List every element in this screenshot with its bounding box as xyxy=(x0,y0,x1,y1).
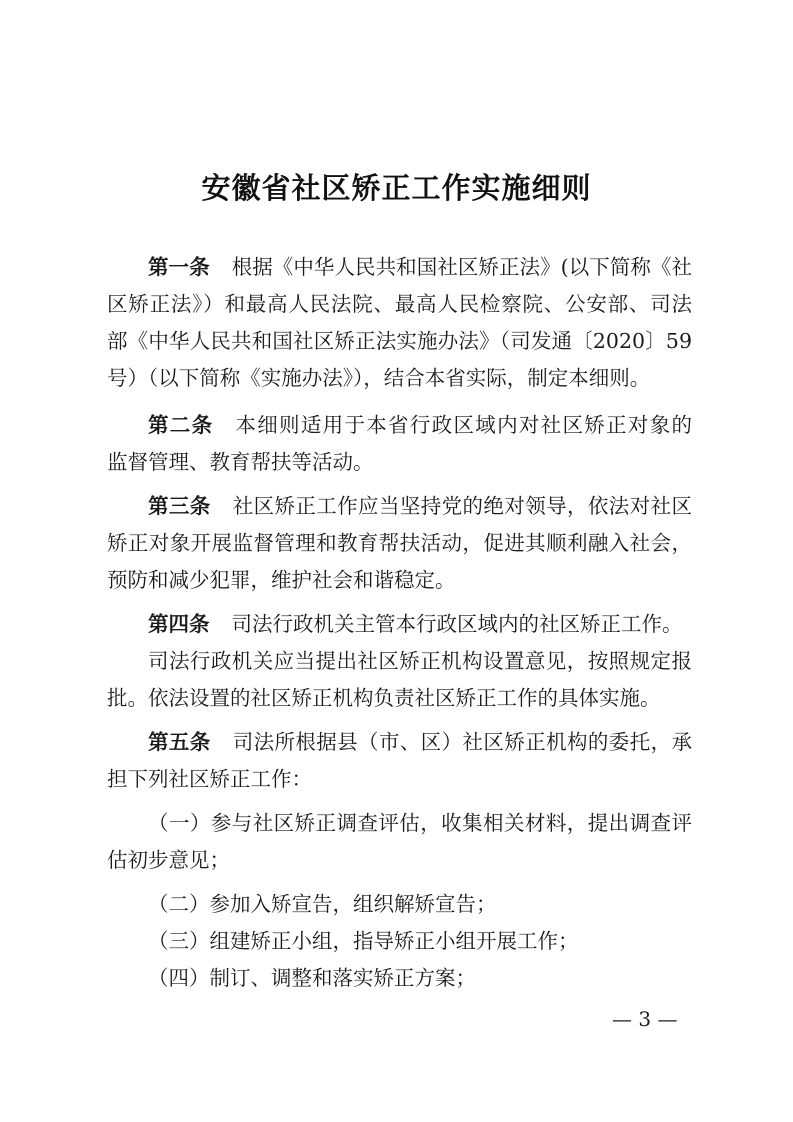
article-2-line-1: 第二条本细则适用于本省行政区域内对社区矫正对象的 xyxy=(148,412,692,438)
article-label: 第一条 xyxy=(148,255,210,279)
article-1-line-3: 部《中华人民共和国社区矫正法实施办法》（司发通〔2020〕59 xyxy=(107,328,692,354)
article-label: 第五条 xyxy=(148,730,211,754)
article-5-item-1-line-2: 估初步意见； xyxy=(107,847,692,873)
article-4-line-1: 第四条司法行政机关主管本行政区域内的社区矫正工作。 xyxy=(148,611,692,637)
article-5-item-2: （二）参加入矫宣告，组织解矫宣告； xyxy=(148,891,692,917)
page-number: — 3 — xyxy=(612,1007,677,1031)
article-3-line-1: 第三条社区矫正工作应当坚持党的绝对领导，依法对社区 xyxy=(148,493,692,519)
article-2-line-2: 监督管理、教育帮扶等活动。 xyxy=(107,449,692,475)
article-label: 第四条 xyxy=(148,612,210,636)
article-1-line-4: 号）（以下简称《实施办法》），结合本省实际，制定本细则。 xyxy=(107,365,692,391)
article-5-line-2: 担下列社区矫正工作： xyxy=(107,766,692,792)
article-5-item-1-line-1: （一）参与社区矫正调查评估，收集相关材料，提出调查评 xyxy=(148,810,692,836)
article-3-line-2: 矫正对象开展监督管理和教育帮扶活动，促进其顺利融入社会， xyxy=(107,530,692,556)
article-5-line-1: 第五条司法所根据县（市、区）社区矫正机构的委托，承 xyxy=(148,729,692,755)
article-5-item-4: （四）制订、调整和落实矫正方案； xyxy=(148,965,692,991)
article-5-item-3: （三）组建矫正小组，指导矫正小组开展工作； xyxy=(148,928,692,954)
article-label: 第三条 xyxy=(148,494,211,518)
article-3-line-3: 预防和减少犯罪，维护社会和谐稳定。 xyxy=(107,567,692,593)
article-4-para2-line-1: 司法行政机关应当提出社区矫正机构设置意见，按照规定报 xyxy=(148,648,692,674)
article-1-line-1: 第一条根据《中华人民共和国社区矫正法》(以下简称《社 xyxy=(148,254,692,280)
document-title: 安徽省社区矫正工作实施细则 xyxy=(0,166,793,207)
article-label: 第二条 xyxy=(148,413,213,437)
article-1-line-2: 区矫正法》）和最高人民法院、最高人民检察院、公安部、司法 xyxy=(107,291,692,317)
article-4-para2-line-2: 批。依法设置的社区矫正机构负责社区矫正工作的具体实施。 xyxy=(107,685,692,711)
